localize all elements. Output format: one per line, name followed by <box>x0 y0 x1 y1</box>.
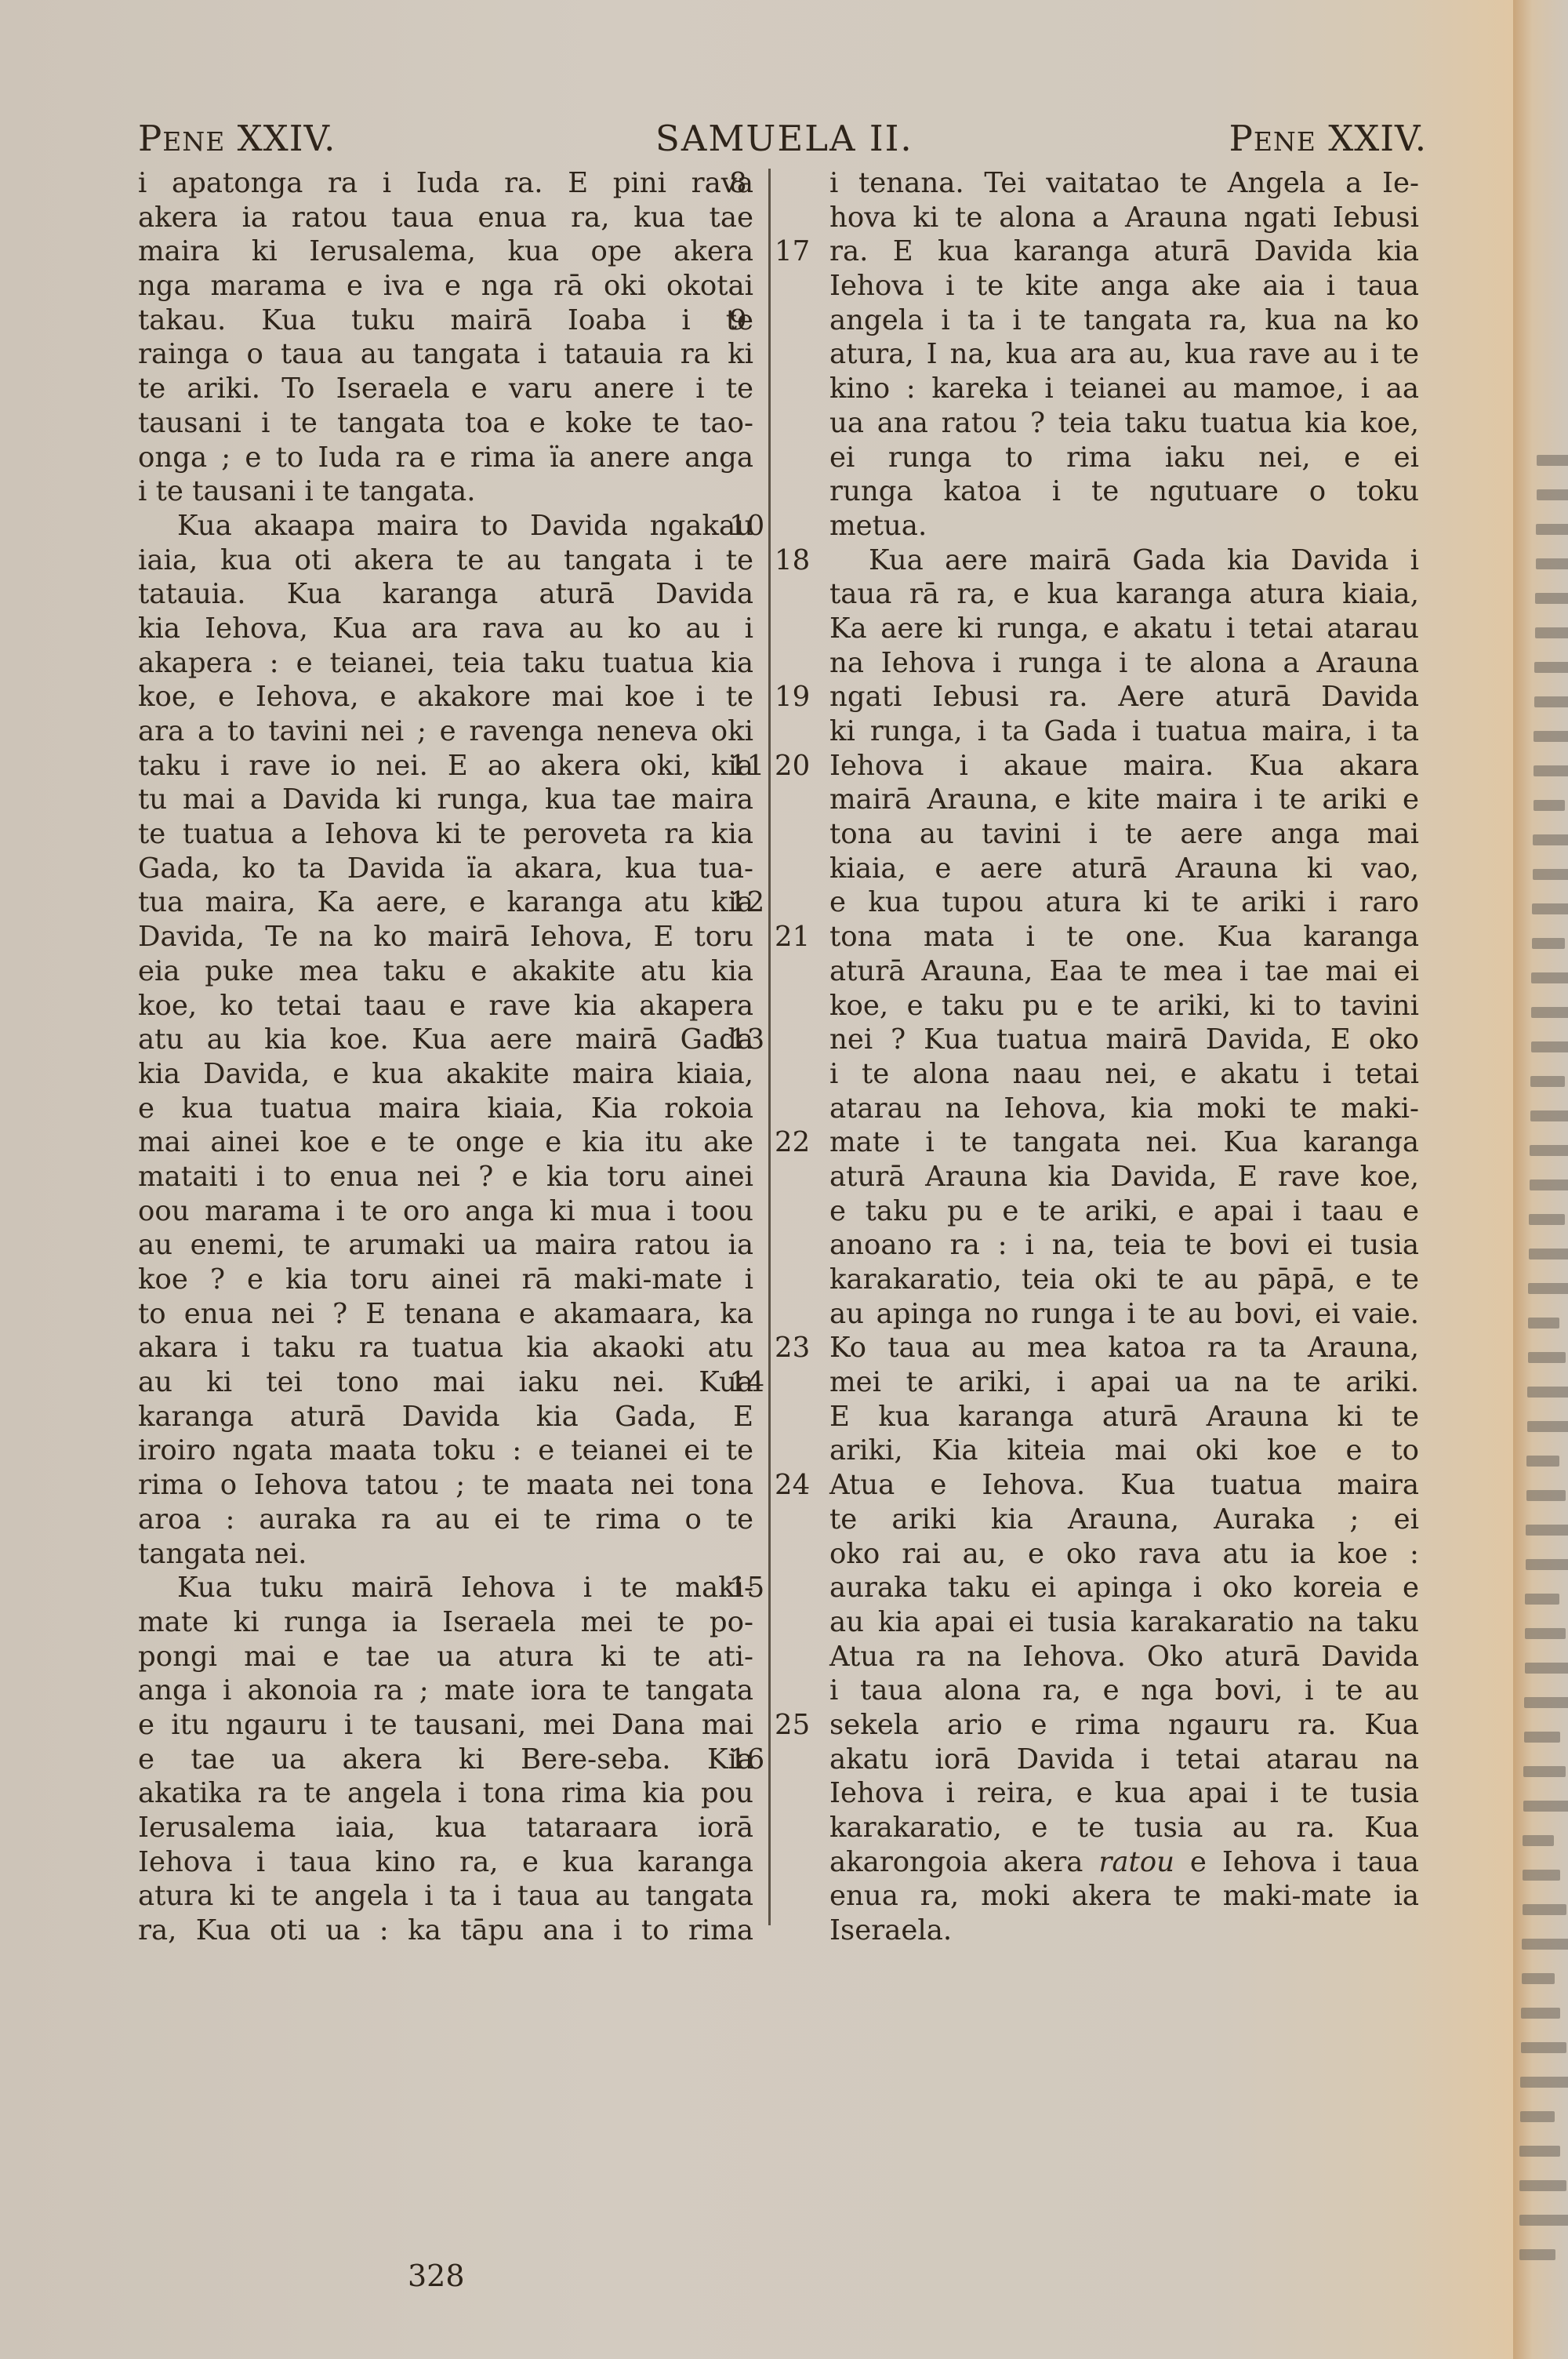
blurred-text-line <box>1527 1387 1568 1398</box>
blurred-text-line <box>1528 1318 1559 1329</box>
text-line: ki runga, i ta Gada i tuatua maira, i ta <box>829 714 1419 749</box>
blurred-text-line <box>1530 1076 1565 1087</box>
line-text: ariki, Kia kiteia mai oki koe e to <box>829 1434 1419 1467</box>
blurred-text-line <box>1534 800 1565 811</box>
line-text: kia Davida, e kua akakite maira kiaia, <box>138 1058 753 1090</box>
text-line: Atua ra na Iehova. Oko aturā Davida <box>829 1640 1419 1674</box>
verse-number: 17 <box>775 234 810 269</box>
text-line: koe, e Iehova, e akakore mai koe i te <box>138 680 753 714</box>
blurred-text-line <box>1531 1041 1568 1052</box>
line-text: karakaratio, teia oki te au pāpā, e te <box>829 1263 1419 1296</box>
blurred-text-line <box>1532 938 1565 949</box>
line-text: e tae ua akera ki Bere-seba. Kia <box>138 1743 753 1776</box>
line-text: ki runga, i ta Gada i tuatua maira, i ta <box>829 715 1419 747</box>
text-line: na Iehova i runga i te alona a Arauna <box>829 646 1419 681</box>
text-line: au ki tei tono mai iaku nei. Kua14 <box>138 1365 753 1400</box>
blurred-text-line <box>1524 1697 1568 1708</box>
text-line: angela i ta i te tangata ra, kua na ko <box>829 304 1419 338</box>
text-line: atura ki te angela i ta i taua au tangat… <box>138 1879 753 1914</box>
book-title: SAMUELA II. <box>655 118 913 159</box>
line-text: anga i akonoia ra ; mate iora te tangata <box>138 1674 753 1707</box>
text-line: i te tausani i te tangata. <box>138 474 753 509</box>
text-line: iroiro ngata maata toku : e teianei ei t… <box>138 1434 753 1468</box>
text-line: Iehova i reira, e kua apai i te tusia <box>829 1776 1419 1811</box>
text-line: nei ? Kua tuatua mairā Davida, E oko <box>829 1023 1419 1057</box>
line-text: koe ? e kia toru ainei rā maki-mate i <box>138 1263 753 1296</box>
line-text: Iehova i te kite anga ake aia i taua <box>829 270 1419 302</box>
text-line: au enemi, te arumaki ua maira ratou ia <box>138 1228 753 1263</box>
blurred-text-line <box>1526 1525 1568 1536</box>
line-text: atura ki te angela i ta i taua au tangat… <box>138 1880 753 1912</box>
text-line: Kua akaapa maira to Davida ngakau10 <box>138 509 753 543</box>
line-text: au enemi, te arumaki ua maira ratou ia <box>138 1229 753 1261</box>
blurred-text-line <box>1523 1766 1566 1777</box>
text-line: atura, I na, kua ara au, kua rave au i t… <box>829 337 1419 372</box>
text-line: pongi mai e tae ua atura ki te ati- <box>138 1640 753 1674</box>
text-line: i te alona naau nei, e akatu i tetai <box>829 1057 1419 1092</box>
line-text: taku i rave io nei. E ao akera oki, kia <box>138 750 753 782</box>
blurred-text-line <box>1521 2042 1566 2053</box>
verse-number: 10 <box>729 509 764 543</box>
text-line: au kia apai ei tusia karakaratio na taku <box>829 1605 1419 1640</box>
running-head: PENE XXIV. SAMUELA II. PENE XXIV. <box>138 118 1427 165</box>
text-line: akarongoia akera ratou e Iehova i taua <box>829 1845 1419 1880</box>
text-line: koe ? e kia toru ainei rā maki-mate i <box>138 1263 753 1297</box>
text-line: atarau na Iehova, kia moki te maki- <box>829 1092 1419 1126</box>
text-line: oou marama i te oro anga ki mua i toou <box>138 1194 753 1229</box>
text-line: runga katoa i te ngutuare o toku <box>829 474 1419 509</box>
blurred-text-line <box>1521 2008 1560 2019</box>
text-line: Atua e Iehova. Kua tuatua maira24 <box>829 1468 1419 1503</box>
verse-number: 14 <box>729 1365 764 1400</box>
line-text: atarau na Iehova, kia moki te maki- <box>829 1092 1419 1125</box>
line-text: au apinga no runga i te au bovi, ei vaie… <box>829 1298 1419 1330</box>
blurred-text-line <box>1535 627 1568 638</box>
line-text: oou marama i te oro anga ki mua i toou <box>138 1195 753 1227</box>
line-text: kino : kareka i teianei au mamoe, i aa <box>829 373 1419 405</box>
text-line: onga ; e to Iuda ra e rima ïa anere anga <box>138 441 753 475</box>
text-line: rainga o taua au tangata i tatauia ra ki <box>138 337 753 372</box>
text-line: tua maira, Ka aere, e karanga atu kia12 <box>138 885 753 920</box>
text-line: kiaia, e aere aturā Arauna ki vao, <box>829 852 1419 886</box>
text-line: to enua nei ? E tenana e akamaara, ka <box>138 1297 753 1332</box>
blurred-text-line <box>1525 1594 1559 1605</box>
line-text: karanga aturā Davida kia Gada, E <box>138 1401 753 1433</box>
blurred-text-line <box>1519 2180 1566 2191</box>
text-line: Ierusalema iaia, kua tataraara iorā <box>138 1811 753 1845</box>
text-line: Ka aere ki runga, e akatu i tetai atarau <box>829 612 1419 646</box>
line-text: Ko taua au mea katoa ra ta Arauna, <box>829 1332 1419 1364</box>
line-text: oko rai au, e oko rava atu ia koe : <box>829 1538 1419 1570</box>
line-text: akatika ra te angela i tona rima kia pou <box>138 1777 753 1809</box>
text-line: anga i akonoia ra ; mate iora te tangata <box>138 1674 753 1708</box>
verse-number: 12 <box>729 885 764 920</box>
blurred-text-line <box>1531 972 1568 983</box>
line-text: rima o Iehova tatou ; te maata nei tona <box>138 1469 753 1501</box>
chapter-label-right: PENE XXIV. <box>1229 118 1427 159</box>
line-text: taua rā ra, e kua karanga atura kiaia, <box>829 578 1419 610</box>
verse-number: 13 <box>729 1023 764 1057</box>
line-text: auraka taku ei apinga i oko koreia e <box>829 1572 1419 1604</box>
text-line: aturā Arauna, Eaa te mea i tae mai ei <box>829 954 1419 989</box>
text-line: karanga aturā Davida kia Gada, E <box>138 1400 753 1434</box>
text-line: ngati Iebusi ra. Aere aturā Davida19 <box>829 680 1419 714</box>
verse-number: 9 <box>729 304 747 338</box>
line-text: mate ki runga ia Iseraela mei te po- <box>138 1606 753 1638</box>
verse-number: 8 <box>729 166 747 201</box>
line-text: tangata nei. <box>138 1538 307 1570</box>
line-text: metua. <box>829 510 927 542</box>
text-line: hova ki te alona a Arauna ngati Iebusi <box>829 201 1419 235</box>
text-line: ra, Kua oti ua : ka tāpu ana i to rima <box>138 1914 753 1948</box>
text-line: Davida, Te na ko mairā Iehova, E toru <box>138 920 753 954</box>
line-text: aroa : auraka ra au ei te rima o te <box>138 1503 753 1536</box>
line-text: te ariki. To Iseraela e varu anere i te <box>138 373 753 405</box>
line-text: au kia apai ei tusia karakaratio na taku <box>829 1606 1419 1638</box>
line-text: e kua tuatua maira kiaia, Kia rokoia <box>138 1092 753 1125</box>
line-text: e kua tupou atura ki te ariki i raro <box>829 886 1419 918</box>
text-line: Iseraela. <box>829 1914 1419 1948</box>
verse-number: 24 <box>775 1468 810 1503</box>
text-line: mate ki runga ia Iseraela mei te po- <box>138 1605 753 1640</box>
line-text: i te alona naau nei, e akatu i tetai <box>829 1058 1419 1090</box>
text-line: anoano ra : i na, teia te bovi ei tusia <box>829 1228 1419 1263</box>
blurred-text-line <box>1520 2111 1555 2122</box>
line-text: tatauia. Kua karanga aturā Davida <box>138 578 753 610</box>
blurred-text-line <box>1528 1283 1568 1294</box>
line-text: i apatonga ra i Iuda ra. E pini rava <box>138 167 753 199</box>
text-line: tatauia. Kua karanga aturā Davida <box>138 577 753 612</box>
text-line: e kua tupou atura ki te ariki i raro <box>829 885 1419 920</box>
line-text: Iehova i taua kino ra, e kua karanga <box>138 1846 753 1878</box>
blurred-text-line <box>1522 1973 1555 1984</box>
text-line: i tenana. Tei vaitatao te Angela a Ie- <box>829 166 1419 201</box>
italic-word: ratou <box>1098 1846 1174 1878</box>
text-line: e kua tuatua maira kiaia, Kia rokoia <box>138 1092 753 1126</box>
line-text: hova ki te alona a Arauna ngati Iebusi <box>829 202 1419 234</box>
verse-number: 16 <box>729 1743 764 1777</box>
text-line: koe, e taku pu e te ariki, ki to tavini <box>829 989 1419 1023</box>
blurred-text-line <box>1533 869 1568 880</box>
blurred-text-line <box>1526 1490 1566 1501</box>
text-line: te ariki. To Iseraela e varu anere i te <box>138 372 753 406</box>
line-text: to enua nei ? E tenana e akamaara, ka <box>138 1298 753 1330</box>
line-text: ua ana ratou ? teia taku tuatua kia koe, <box>829 407 1419 439</box>
blurred-text-line <box>1525 1663 1568 1674</box>
text-line: kino : kareka i teianei au mamoe, i aa <box>829 372 1419 406</box>
line-text: mei te ariki, i apai ua na te ariki. <box>829 1366 1419 1398</box>
text-line: kia Iehova, Kua ara rava au ko au i <box>138 612 753 646</box>
blurred-text-line <box>1534 662 1568 673</box>
line-text: e taku pu e te ariki, e apai i taau e <box>829 1195 1419 1227</box>
blurred-text-line <box>1536 524 1568 535</box>
chapter-label-left: PENE XXIV. <box>138 118 336 159</box>
blurred-text-line <box>1523 1801 1568 1812</box>
line-text: atu au kia koe. Kua aere mairā Gada <box>138 1023 753 1056</box>
text-line: mairā Arauna, e kite maira i te ariki e <box>829 783 1419 817</box>
line-text: Iehova i reira, e kua apai i te tusia <box>829 1777 1419 1809</box>
blurred-text-line <box>1529 1249 1568 1259</box>
blurred-text-line <box>1537 455 1568 466</box>
blurred-text-line <box>1535 593 1568 604</box>
line-text: takau. Kua tuku mairā Ioaba i te <box>138 304 753 336</box>
line-text: Atua e Iehova. Kua tuatua maira <box>829 1469 1419 1501</box>
blurred-text-line <box>1522 1939 1568 1950</box>
line-text: atura, I na, kua ara au, kua rave au i t… <box>829 338 1419 370</box>
blurred-text-line <box>1523 1904 1566 1915</box>
line-text: tausani i te tangata toa e koke te tao- <box>138 407 753 439</box>
line-text: rainga o taua au tangata i tatauia ra ki <box>138 338 753 370</box>
blurred-text-line <box>1534 731 1568 742</box>
line-text: Kua aere mairā Gada kia Davida i <box>869 544 1419 576</box>
line-text: au ki tei tono mai iaku nei. Kua <box>138 1366 753 1398</box>
text-line: E kua karanga aturā Arauna ki te <box>829 1400 1419 1434</box>
line-text: ngati Iebusi ra. Aere aturā Davida <box>829 681 1419 713</box>
text-line: akapera : e teianei, teia taku tuatua ki… <box>138 646 753 681</box>
blurred-text-line <box>1532 903 1568 914</box>
blurred-text-line <box>1533 834 1568 845</box>
line-text: tona au tavini i te aere anga mai <box>829 818 1419 850</box>
line-text: akatu iorā Davida i tetai atarau na <box>829 1743 1419 1776</box>
blurred-text-line <box>1530 1110 1568 1121</box>
line-text: mate i te tangata nei. Kua karanga <box>829 1126 1419 1158</box>
text-line: au apinga no runga i te au bovi, ei vaie… <box>829 1297 1419 1332</box>
text-line: ra. E kua karanga aturā Davida kia17 <box>829 234 1419 269</box>
blurred-text-line <box>1520 2077 1568 2088</box>
blurred-text-line <box>1523 1870 1560 1881</box>
line-text: anoano ra : i na, teia te bovi ei tusia <box>829 1229 1419 1261</box>
adjacent-page-edge <box>1513 0 1568 2359</box>
line-text: Ierusalema iaia, kua tataraara iorā <box>138 1812 753 1844</box>
text-line: ara a to tavini nei ; e ravenga neneva o… <box>138 714 753 749</box>
text-line: oko rai au, e oko rava atu ia koe : <box>829 1537 1419 1572</box>
blurred-text-line <box>1526 1456 1559 1467</box>
text-line: Kua aere mairā Gada kia Davida i18 <box>829 543 1419 578</box>
line-text: angela i ta i te tangata ra, kua na ko <box>829 304 1419 336</box>
page-number: 328 <box>408 2259 465 2293</box>
blurred-text-line <box>1531 1007 1568 1018</box>
text-line: nga marama e iva e nga rā oki okotai <box>138 269 753 304</box>
text-line: akatu iorā Davida i tetai atarau na <box>829 1743 1419 1777</box>
line-text: e itu ngauru i te tausani, mei Dana mai <box>138 1709 753 1741</box>
text-line: i taua alona ra, e nga bovi, i te au <box>829 1674 1419 1708</box>
line-text: E kua karanga aturā Arauna ki te <box>829 1401 1419 1433</box>
blurred-text-line <box>1534 765 1568 776</box>
text-line: karakaratio, teia oki te au pāpā, e te <box>829 1263 1419 1297</box>
book-page: PENE XXIV. SAMUELA II. PENE XXIV. i apat… <box>0 0 1513 2359</box>
line-text: te ariki kia Arauna, Auraka ; ei <box>829 1503 1419 1536</box>
line-text: ra. E kua karanga aturā Davida kia <box>829 235 1419 267</box>
line-text: te tuatua a Iehova ki te peroveta ra kia <box>138 818 753 850</box>
blurred-text-line <box>1528 1352 1566 1363</box>
verse-number: 18 <box>775 543 810 578</box>
text-line: Ko taua au mea katoa ra ta Arauna,23 <box>829 1331 1419 1365</box>
line-text: akarongoia akera <box>829 1846 1098 1878</box>
text-line: aturā Arauna kia Davida, E rave koe, <box>829 1160 1419 1194</box>
blurred-text-line <box>1534 696 1568 707</box>
text-line: akera ia ratou taua enua ra, kua tae <box>138 201 753 235</box>
line-text: akera ia ratou taua enua ra, kua tae <box>138 202 753 234</box>
text-line: akatika ra te angela i tona rima kia pou <box>138 1776 753 1811</box>
text-line: Iehova i te kite anga ake aia i taua <box>829 269 1419 304</box>
text-line: maira ki Ierusalema, kua ope akera <box>138 234 753 269</box>
text-line: e tae ua akera ki Bere-seba. Kia16 <box>138 1743 753 1777</box>
line-text: Kua tuku mairā Iehova i te maki- <box>177 1572 753 1604</box>
verse-number: 21 <box>775 920 810 954</box>
verse-number: 15 <box>729 1571 764 1605</box>
line-text: tua maira, Ka aere, e karanga atu kia <box>138 886 753 918</box>
text-line: mei te ariki, i apai ua na te ariki. <box>829 1365 1419 1400</box>
text-line: taku i rave io nei. E ao akera oki, kia1… <box>138 749 753 783</box>
line-text: maira ki Ierusalema, kua ope akera <box>138 235 753 267</box>
line-text: sekela ario e rima ngauru ra. Kua <box>829 1709 1419 1741</box>
blurred-text-line <box>1524 1732 1560 1743</box>
text-line: e itu ngauru i te tausani, mei Dana mai <box>138 1708 753 1743</box>
text-line: Iehova i akaue maira. Kua akara20 <box>829 749 1419 783</box>
text-line: iaia, kua oti akera te au tangata i te <box>138 543 753 578</box>
text-line: takau. Kua tuku mairā Ioaba i te9 <box>138 304 753 338</box>
verse-number: 22 <box>775 1125 810 1160</box>
blurred-text-line <box>1523 1835 1554 1846</box>
line-text: nga marama e iva e nga rā oki okotai <box>138 270 753 302</box>
line-text: ra, Kua oti ua : ka tāpu ana i to rima <box>138 1914 753 1946</box>
text-line: metua. <box>829 509 1419 543</box>
verse-number: 23 <box>775 1331 810 1365</box>
line-text: koe, e taku pu e te ariki, ki to tavini <box>829 990 1419 1022</box>
text-line: auraka taku ei apinga i oko koreia e <box>829 1571 1419 1605</box>
right-column: i tenana. Tei vaitatao te Angela a Ie-ho… <box>829 166 1419 1948</box>
text-line: sekela ario e rima ngauru ra. Kua25 <box>829 1708 1419 1743</box>
text-line: i apatonga ra i Iuda ra. E pini rava8 <box>138 166 753 201</box>
line-text: koe, ko tetai taau e rave kia akapera <box>138 990 753 1022</box>
line-text: aturā Arauna kia Davida, E rave koe, <box>829 1161 1419 1193</box>
text-line: eia puke mea taku e akakite atu kia <box>138 954 753 989</box>
line-text: karakaratio, e te tusia au ra. Kua <box>829 1812 1419 1844</box>
text-line: tausani i te tangata toa e koke te tao- <box>138 406 753 441</box>
blurred-text-line <box>1527 1421 1568 1432</box>
line-text: na Iehova i runga i te alona a Arauna <box>829 647 1419 679</box>
line-text: ara a to tavini nei ; e ravenga neneva o… <box>138 715 753 747</box>
blurred-text-line <box>1519 2146 1560 2157</box>
verse-number: 20 <box>775 749 810 783</box>
line-text: akapera : e teianei, teia taku tuatua ki… <box>138 647 753 679</box>
text-line: karakaratio, e te tusia au ra. Kua <box>829 1811 1419 1845</box>
text-line: aroa : auraka ra au ei te rima o te <box>138 1503 753 1537</box>
text-line: mai ainei koe e te onge e kia itu ake <box>138 1125 753 1160</box>
text-line: te ariki kia Arauna, Auraka ; ei <box>829 1503 1419 1537</box>
line-text: Iehova i akaue maira. Kua akara <box>829 750 1419 782</box>
text-line: kia Davida, e kua akakite maira kiaia, <box>138 1057 753 1092</box>
text-line: mataiti i to enua nei ? e kia toru ainei <box>138 1160 753 1194</box>
line-text: runga katoa i te ngutuare o toku <box>829 475 1419 507</box>
verse-number: 25 <box>775 1708 810 1743</box>
text-line: te tuatua a Iehova ki te peroveta ra kia <box>138 817 753 852</box>
text-line: enua ra, moki akera te maki-mate ia <box>829 1879 1419 1914</box>
line-text: kiaia, e aere aturā Arauna ki vao, <box>829 852 1419 885</box>
text-line: tangata nei. <box>138 1537 753 1572</box>
text-line: Kua tuku mairā Iehova i te maki-15 <box>138 1571 753 1605</box>
blurred-text-line <box>1537 489 1568 500</box>
line-text: akara i taku ra tuatua kia akaoki atu <box>138 1332 753 1364</box>
line-text: pongi mai e tae ua atura ki te ati- <box>138 1641 753 1673</box>
text-line: atu au kia koe. Kua aere mairā Gada13 <box>138 1023 753 1057</box>
left-column: i apatonga ra i Iuda ra. E pini rava8ake… <box>138 166 753 1948</box>
line-text: e Iehova i taua <box>1174 1846 1419 1878</box>
line-text: mai ainei koe e te onge e kia itu ake <box>138 1126 753 1158</box>
text-line: koe, ko tetai taau e rave kia akapera <box>138 989 753 1023</box>
text-line: e taku pu e te ariki, e apai i taau e <box>829 1194 1419 1229</box>
line-text: i taua alona ra, e nga bovi, i te au <box>829 1674 1419 1707</box>
line-text: koe, e Iehova, e akakore mai koe i te <box>138 681 753 713</box>
line-text: Iseraela. <box>829 1914 952 1946</box>
line-text: Davida, Te na ko mairā Iehova, E toru <box>138 921 753 953</box>
line-text: i tenana. Tei vaitatao te Angela a Ie- <box>829 167 1419 199</box>
line-text: kia Iehova, Kua ara rava au ko au i <box>138 612 753 645</box>
line-text: aturā Arauna, Eaa te mea i tae mai ei <box>829 955 1419 987</box>
line-text: tona mata i te one. Kua karanga <box>829 921 1419 953</box>
line-text: mairā Arauna, e kite maira i te ariki e <box>829 783 1419 816</box>
blurred-text-line <box>1530 1179 1568 1190</box>
verse-number: 19 <box>775 680 810 714</box>
text-line: tona au tavini i te aere anga mai <box>829 817 1419 852</box>
blurred-text-line <box>1519 2249 1555 2260</box>
verse-number: 11 <box>729 749 764 783</box>
blurred-text-line <box>1530 1145 1568 1156</box>
text-line: Iehova i taua kino ra, e kua karanga <box>138 1845 753 1880</box>
line-text: iaia, kua oti akera te au tangata i te <box>138 544 753 576</box>
blurred-text-line <box>1536 558 1568 569</box>
line-text: mataiti i to enua nei ? e kia toru ainei <box>138 1161 753 1193</box>
text-line: tu mai a Davida ki runga, kua tae maira <box>138 783 753 817</box>
line-text: Atua ra na Iehova. Oko aturā Davida <box>829 1641 1419 1673</box>
blurred-text-line <box>1529 1214 1565 1225</box>
line-text: enua ra, moki akera te maki-mate ia <box>829 1880 1419 1912</box>
text-line: akara i taku ra tuatua kia akaoki atu <box>138 1331 753 1365</box>
text-line: Gada, ko ta Davida ïa akara, kua tua- <box>138 852 753 886</box>
column-rule <box>768 169 771 1925</box>
text-line: ei runga to rima iaku nei, e ei <box>829 441 1419 475</box>
line-text: eia puke mea taku e akakite atu kia <box>138 955 753 987</box>
blurred-text-line <box>1519 2215 1568 2226</box>
blurred-text-line <box>1526 1559 1568 1570</box>
text-line: rima o Iehova tatou ; te maata nei tona <box>138 1468 753 1503</box>
text-line: tona mata i te one. Kua karanga21 <box>829 920 1419 954</box>
text-line: taua rā ra, e kua karanga atura kiaia, <box>829 577 1419 612</box>
line-text: tu mai a Davida ki runga, kua tae maira <box>138 783 753 816</box>
text-line: mate i te tangata nei. Kua karanga22 <box>829 1125 1419 1160</box>
line-text: nei ? Kua tuatua mairā Davida, E oko <box>829 1023 1419 1056</box>
line-text: Kua akaapa maira to Davida ngakau <box>177 510 753 542</box>
text-line: ua ana ratou ? teia taku tuatua kia koe, <box>829 406 1419 441</box>
line-text: iroiro ngata maata toku : e teianei ei t… <box>138 1434 753 1467</box>
blurred-text-line <box>1525 1628 1566 1639</box>
line-text: i te tausani i te tangata. <box>138 475 475 507</box>
line-text: onga ; e to Iuda ra e rima ïa anere anga <box>138 442 753 474</box>
text-line: ariki, Kia kiteia mai oki koe e to <box>829 1434 1419 1468</box>
line-text: Ka aere ki runga, e akatu i tetai atarau <box>829 612 1419 645</box>
line-text: ei runga to rima iaku nei, e ei <box>829 442 1419 474</box>
line-text: Gada, ko ta Davida ïa akara, kua tua- <box>138 852 753 885</box>
